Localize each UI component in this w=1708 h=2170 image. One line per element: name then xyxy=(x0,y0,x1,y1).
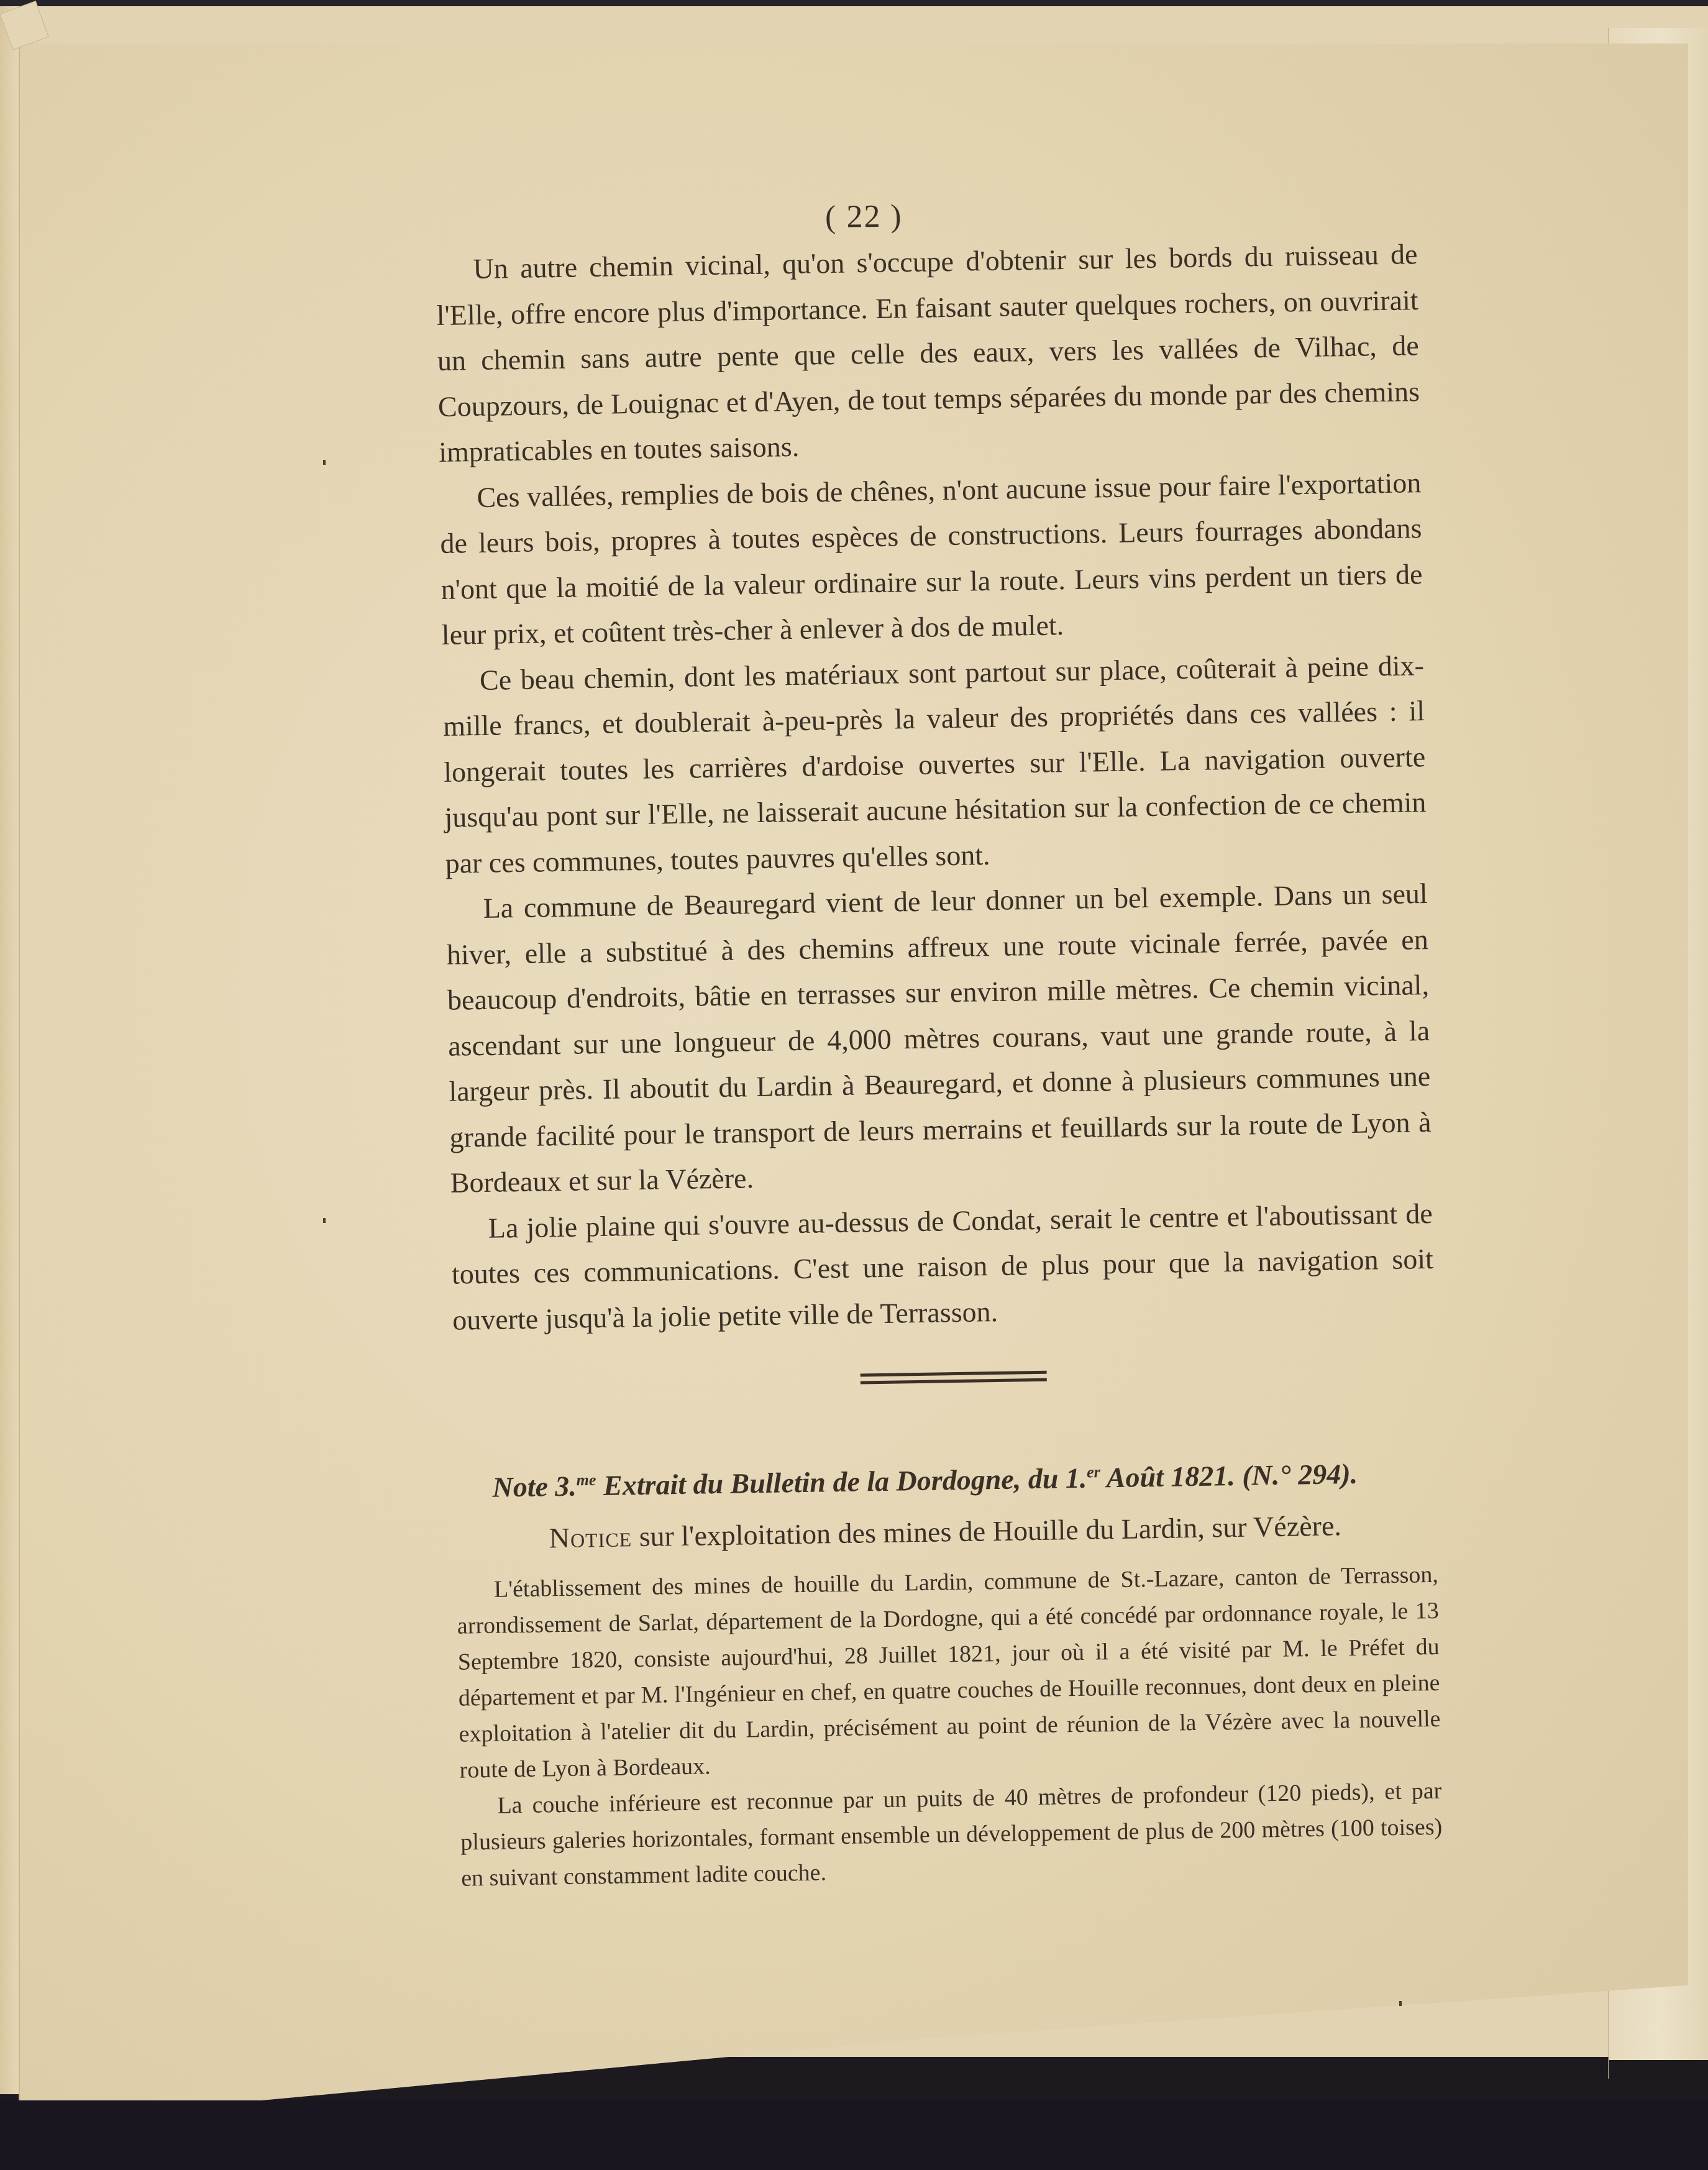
note-heading: Note 3.me Extrait du Bulletin de la Dord… xyxy=(492,1456,1437,1504)
notice-paragraph: L'établissement des mines de houille du … xyxy=(457,1557,1441,1788)
notice-body: L'établissement des mines de houille du … xyxy=(457,1557,1443,1897)
ink-speck xyxy=(1399,2001,1402,2006)
paragraph: La commune de Beauregard vient de leur d… xyxy=(445,871,1432,1206)
paragraph: La jolie plaine qui s'ouvre au-dessus de… xyxy=(450,1190,1434,1342)
note-label-sup: me xyxy=(576,1471,596,1489)
paragraph: Un autre chemin vicinal, qu'on s'occupe … xyxy=(436,231,1421,475)
note-label: Note 3. xyxy=(492,1470,577,1503)
notice-paragraph: La couche inférieure est reconnue par un… xyxy=(460,1773,1443,1897)
notice-lead: Notice xyxy=(549,1521,632,1554)
double-rule-separator xyxy=(861,1371,1047,1385)
paragraph: Ce beau chemin, dont les matériaux sont … xyxy=(442,643,1427,886)
document-text: ( 22 ) Un autre chemin vicinal, qu'on s'… xyxy=(435,190,1443,1896)
page-stack-edge xyxy=(0,6,20,2094)
ink-speck xyxy=(323,460,326,465)
scanner-background-bottom xyxy=(0,2100,1708,2170)
ink-speck xyxy=(323,1218,326,1223)
notice-title: Notice sur l'exploitation des mines de H… xyxy=(549,1508,1438,1554)
rule-line xyxy=(861,1371,1047,1377)
note-date: Août 1821. (N.° 294). xyxy=(1100,1458,1358,1493)
note-date-sup: er xyxy=(1087,1463,1100,1481)
rule-line xyxy=(861,1378,1047,1385)
notice-title-rest: sur l'exploitation des mines de Houille … xyxy=(632,1509,1341,1552)
note-source: Extrait du Bulletin de la Dordogne, du 1… xyxy=(596,1462,1087,1501)
paragraph: Ces vallées, remplies de bois de chênes,… xyxy=(439,460,1423,658)
